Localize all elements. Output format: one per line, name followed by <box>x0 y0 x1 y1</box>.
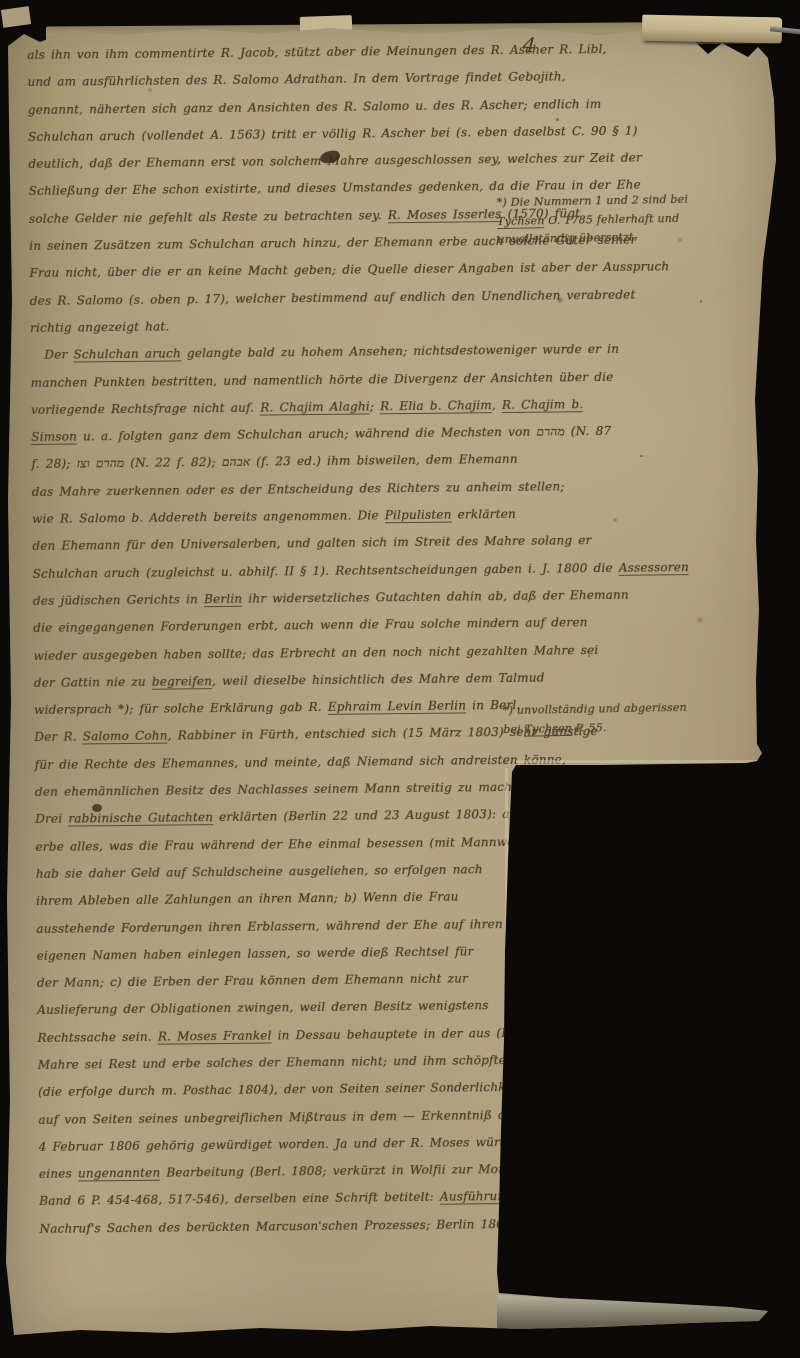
manuscript-page: 4 als ihn von ihm commentirte R. Jacob, … <box>0 0 800 1358</box>
ink-speck <box>588 655 590 657</box>
manuscript-line: und am ausführlichsten des R. Salomo Adr… <box>27 64 503 96</box>
margin-note-1: *) Die Nummern 1 und 2 sind beiTychsen O… <box>497 190 733 250</box>
paper-fragment-top-left <box>1 6 31 28</box>
binding-tape <box>642 15 783 44</box>
bottom-edge-sliver <box>497 1295 770 1331</box>
manuscript-line: des R. Salomo (s. oben p. 17), welcher b… <box>30 283 506 315</box>
manuscript-line: Nachruf's Sachen des berückten Marcuson'… <box>39 1211 515 1243</box>
ink-speck <box>640 455 643 457</box>
manuscript-line: (die erfolge durch m. Posthac 1804), der… <box>38 1074 514 1106</box>
manuscript-line: die eingegangenen Forderungen erbt, auch… <box>33 610 509 642</box>
manuscript-line: ihrem Ableben alle Zahlungen an ihren Ma… <box>36 883 512 915</box>
ink-speck <box>556 118 559 121</box>
cut-edge-highlight-vertical <box>505 768 508 1292</box>
cut-edge-highlight-horizontal <box>516 760 757 763</box>
photo-black-background: 4 als ihn von ihm commentirte R. Jacob, … <box>0 0 800 1358</box>
ink-blot <box>92 804 102 812</box>
ink-speck <box>700 300 702 303</box>
margin-note-2: *) unvollständig und abgerissenbei Tychs… <box>503 698 744 739</box>
manuscript-line: Der Schulchan aruch gelangte bald zu hoh… <box>30 337 506 369</box>
main-text-block: als ihn von ihm commentirte R. Jacob, st… <box>27 37 516 1243</box>
